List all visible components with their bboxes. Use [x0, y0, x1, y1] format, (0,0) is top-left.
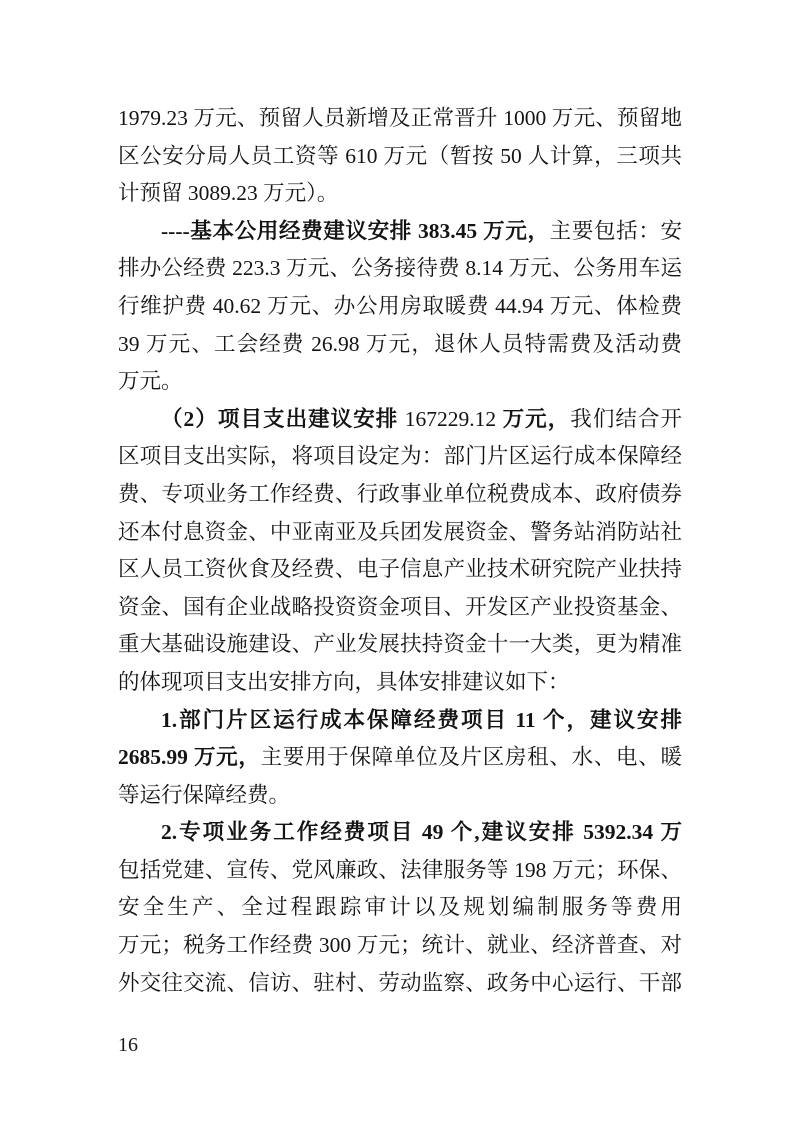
text-line: 2.专项业务工作经费项目 49 个,建议安排 5392.34 万元， — [118, 814, 682, 852]
text-line: 外交往交流、信访、驻村、劳动监察、政务中心运行、干部 — [118, 965, 682, 1003]
bold-text-segment: 万元， — [503, 407, 571, 431]
text-line: 1979.23 万元、预留人员新增及正常晋升 1000 万元、预留地 — [118, 100, 682, 138]
text-line: 1.部门片区运行成本保障经费项目 11 个，建议安排 — [118, 702, 682, 740]
text-segment: 费、专项业务工作经费、行政事业单位税费成本、政府债券 — [118, 482, 682, 506]
text-line: 万元。 — [118, 363, 682, 401]
text-segment: 安全生产、全过程跟踪审计以及规划编制服务等费用 1541.35 — [118, 895, 682, 927]
text-line: 2685.99 万元，主要用于保障单位及片区房租、水、电、暖 — [118, 739, 682, 777]
text-segment: 主要包括：安 — [550, 219, 682, 243]
text-segment: 主要用于保障单位及片区房租、水、电、暖 — [261, 745, 682, 769]
text-segment: 排办公经费 223.3 万元、公务接待费 8.14 万元、公务用车运 — [118, 256, 682, 280]
text-line: 资金、国有企业战略投资资金项目、开发区产业投资基金、 — [118, 589, 682, 627]
text-segment: 等运行保障经费。 — [118, 783, 290, 807]
text-segment: 外交往交流、信访、驻村、劳动监察、政务中心运行、干部 — [118, 971, 682, 995]
bold-text-segment: 2685.99 万元， — [118, 745, 261, 769]
page-number: 16 — [118, 1031, 138, 1059]
text-line: 还本付息资金、中亚南亚及兵团发展资金、警务站消防站社 — [118, 514, 682, 552]
bold-text-segment: 2.专项业务工作经费项目 49 个,建议安排 5392.34 万元， — [118, 820, 682, 852]
text-segment: 还本付息资金、中亚南亚及兵团发展资金、警务站消防站社 — [118, 520, 682, 544]
text-line: 的体现项目支出安排方向，具体安排建议如下： — [118, 664, 682, 702]
text-line: 排办公经费 223.3 万元、公务接待费 8.14 万元、公务用车运 — [118, 250, 682, 288]
text-segment: 区项目支出实际，将项目设定为：部门片区运行成本保障经 — [118, 444, 682, 468]
text-line: 重大基础设施建设、产业发展扶持资金十一大类，更为精准 — [118, 626, 682, 664]
text-line: 万元；税务工作经费 300 万元；统计、就业、经济普查、对 — [118, 927, 682, 965]
text-segment: 重大基础设施建设、产业发展扶持资金十一大类，更为精准 — [118, 632, 682, 656]
text-segment: 行维护费 40.62 万元、办公用房取暖费 44.94 万元、体检费 — [118, 294, 682, 318]
text-segment: 区公安分局人员工资等 610 万元（暂按 50 人计算，三项共 — [118, 144, 682, 168]
text-line: 区公安分局人员工资等 610 万元（暂按 50 人计算，三项共 — [118, 138, 682, 176]
text-segment: 的体现项目支出安排方向，具体安排建议如下： — [118, 670, 570, 694]
text-line: 区项目支出实际，将项目设定为：部门片区运行成本保障经 — [118, 438, 682, 476]
document-page: 1979.23 万元、预留人员新增及正常晋升 1000 万元、预留地区公安分局人… — [0, 0, 793, 1122]
text-segment: 区人员工资伙食及经费、电子信息产业技术研究院产业扶持 — [118, 557, 682, 581]
text-segment: 万元；税务工作经费 300 万元；统计、就业、经济普查、对 — [118, 933, 682, 957]
bold-text-segment: （2）项目支出建议安排 — [161, 407, 405, 431]
text-line: 等运行保障经费。 — [118, 777, 682, 815]
text-line: 计预留 3089.23 万元）。 — [118, 175, 682, 213]
text-segment: 万元。 — [118, 369, 183, 393]
text-segment: 计预留 3089.23 万元）。 — [118, 181, 338, 205]
text-line: 行维护费 40.62 万元、办公用房取暖费 44.94 万元、体检费 — [118, 288, 682, 326]
text-line: 区人员工资伙食及经费、电子信息产业技术研究院产业扶持 — [118, 551, 682, 589]
bold-text-segment: ----基本公用经费建议安排 383.45 万元， — [161, 219, 550, 243]
text-line: 费、专项业务工作经费、行政事业单位税费成本、政府债券 — [118, 476, 682, 514]
page-text: 1979.23 万元、预留人员新增及正常晋升 1000 万元、预留地区公安分局人… — [118, 100, 682, 1002]
bold-text-segment: 1.部门片区运行成本保障经费项目 11 个，建议安排 — [161, 708, 682, 732]
text-line: ----基本公用经费建议安排 383.45 万元，主要包括：安 — [118, 213, 682, 251]
text-line: 安全生产、全过程跟踪审计以及规划编制服务等费用 1541.35 — [118, 889, 682, 927]
text-segment: 167229.12 — [405, 407, 503, 431]
text-segment: 包括党建、宣传、党风廉政、法律服务等 198 万元；环保、 — [118, 858, 682, 882]
text-line: （2）项目支出建议安排 167229.12 万元，我们结合开发 — [118, 401, 682, 439]
text-segment: 39 万元、工会经费 26.98 万元，退休人员特需费及活动费 0.47 — [118, 332, 682, 364]
text-segment: 资金、国有企业战略投资资金项目、开发区产业投资基金、 — [118, 595, 682, 619]
text-segment: 1979.23 万元、预留人员新增及正常晋升 1000 万元、预留地 — [118, 106, 682, 130]
text-line: 包括党建、宣传、党风廉政、法律服务等 198 万元；环保、 — [118, 852, 682, 890]
text-line: 39 万元、工会经费 26.98 万元，退休人员特需费及活动费 0.47 — [118, 326, 682, 364]
